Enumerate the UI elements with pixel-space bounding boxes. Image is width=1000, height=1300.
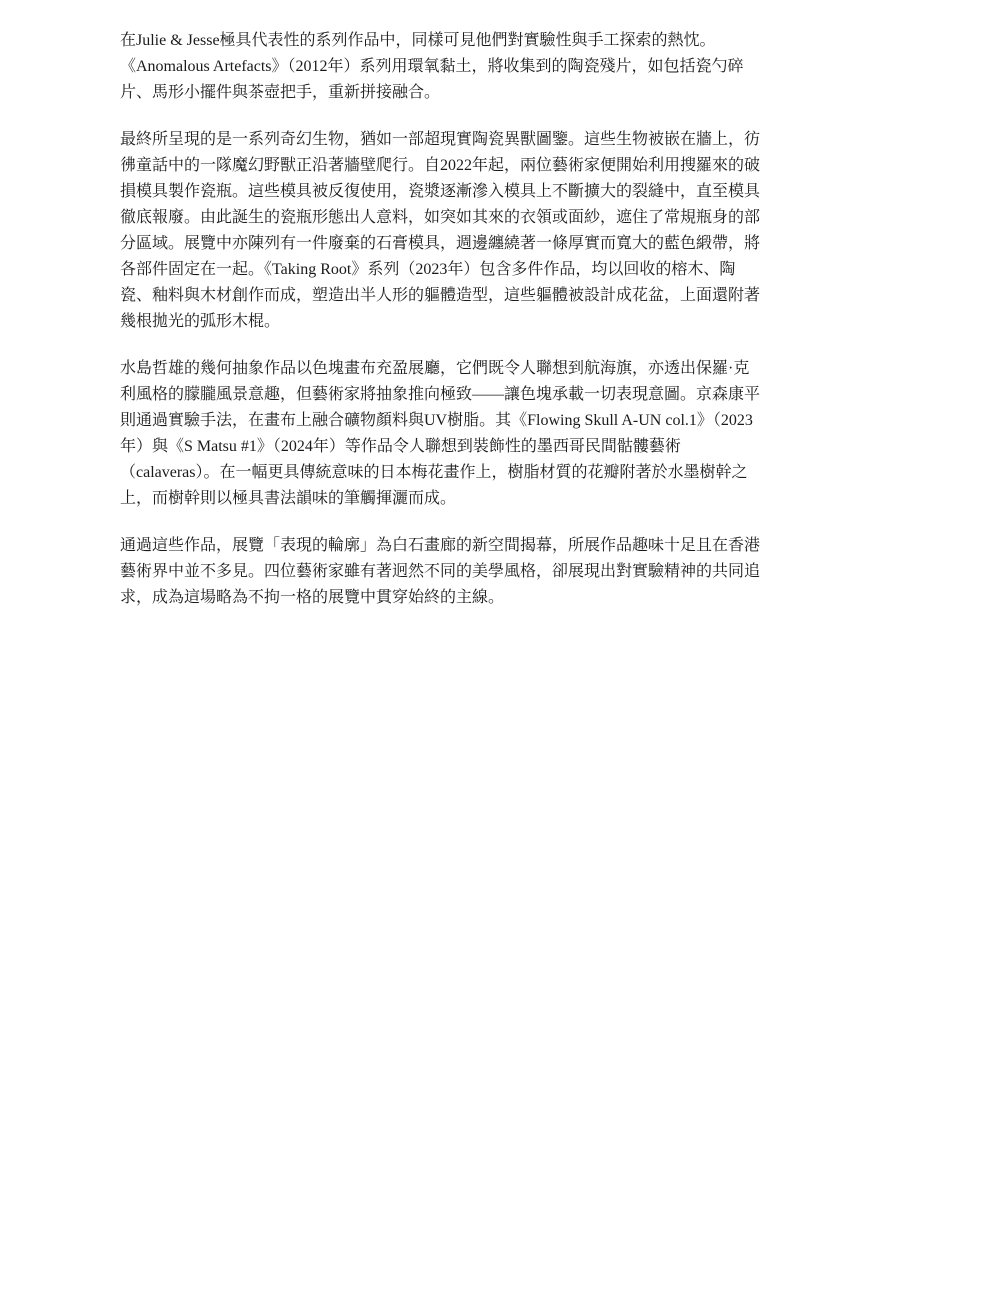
document-page: 在Julie & Jesse極具代表性的系列作品中，同樣可見他們對實驗性與手工探…: [0, 0, 1000, 1300]
article-body: 在Julie & Jesse極具代表性的系列作品中，同樣可見他們對實驗性與手工探…: [120, 28, 764, 632]
article-paragraph-3: 水島哲雄的幾何抽象作品以色塊畫布充盈展廳，它們既令人聯想到航海旗，亦透出保羅·克…: [120, 356, 764, 512]
article-paragraph-4: 通過這些作品，展覽「表現的輪廓」為白石畫廊的新空間揭幕，所展作品趣味十足且在香港…: [120, 533, 764, 611]
article-paragraph-1: 在Julie & Jesse極具代表性的系列作品中，同樣可見他們對實驗性與手工探…: [120, 28, 764, 106]
article-paragraph-2: 最終所呈現的是一系列奇幻生物，猶如一部超現實陶瓷異獸圖鑒。這些生物被嵌在牆上，彷…: [120, 127, 764, 335]
